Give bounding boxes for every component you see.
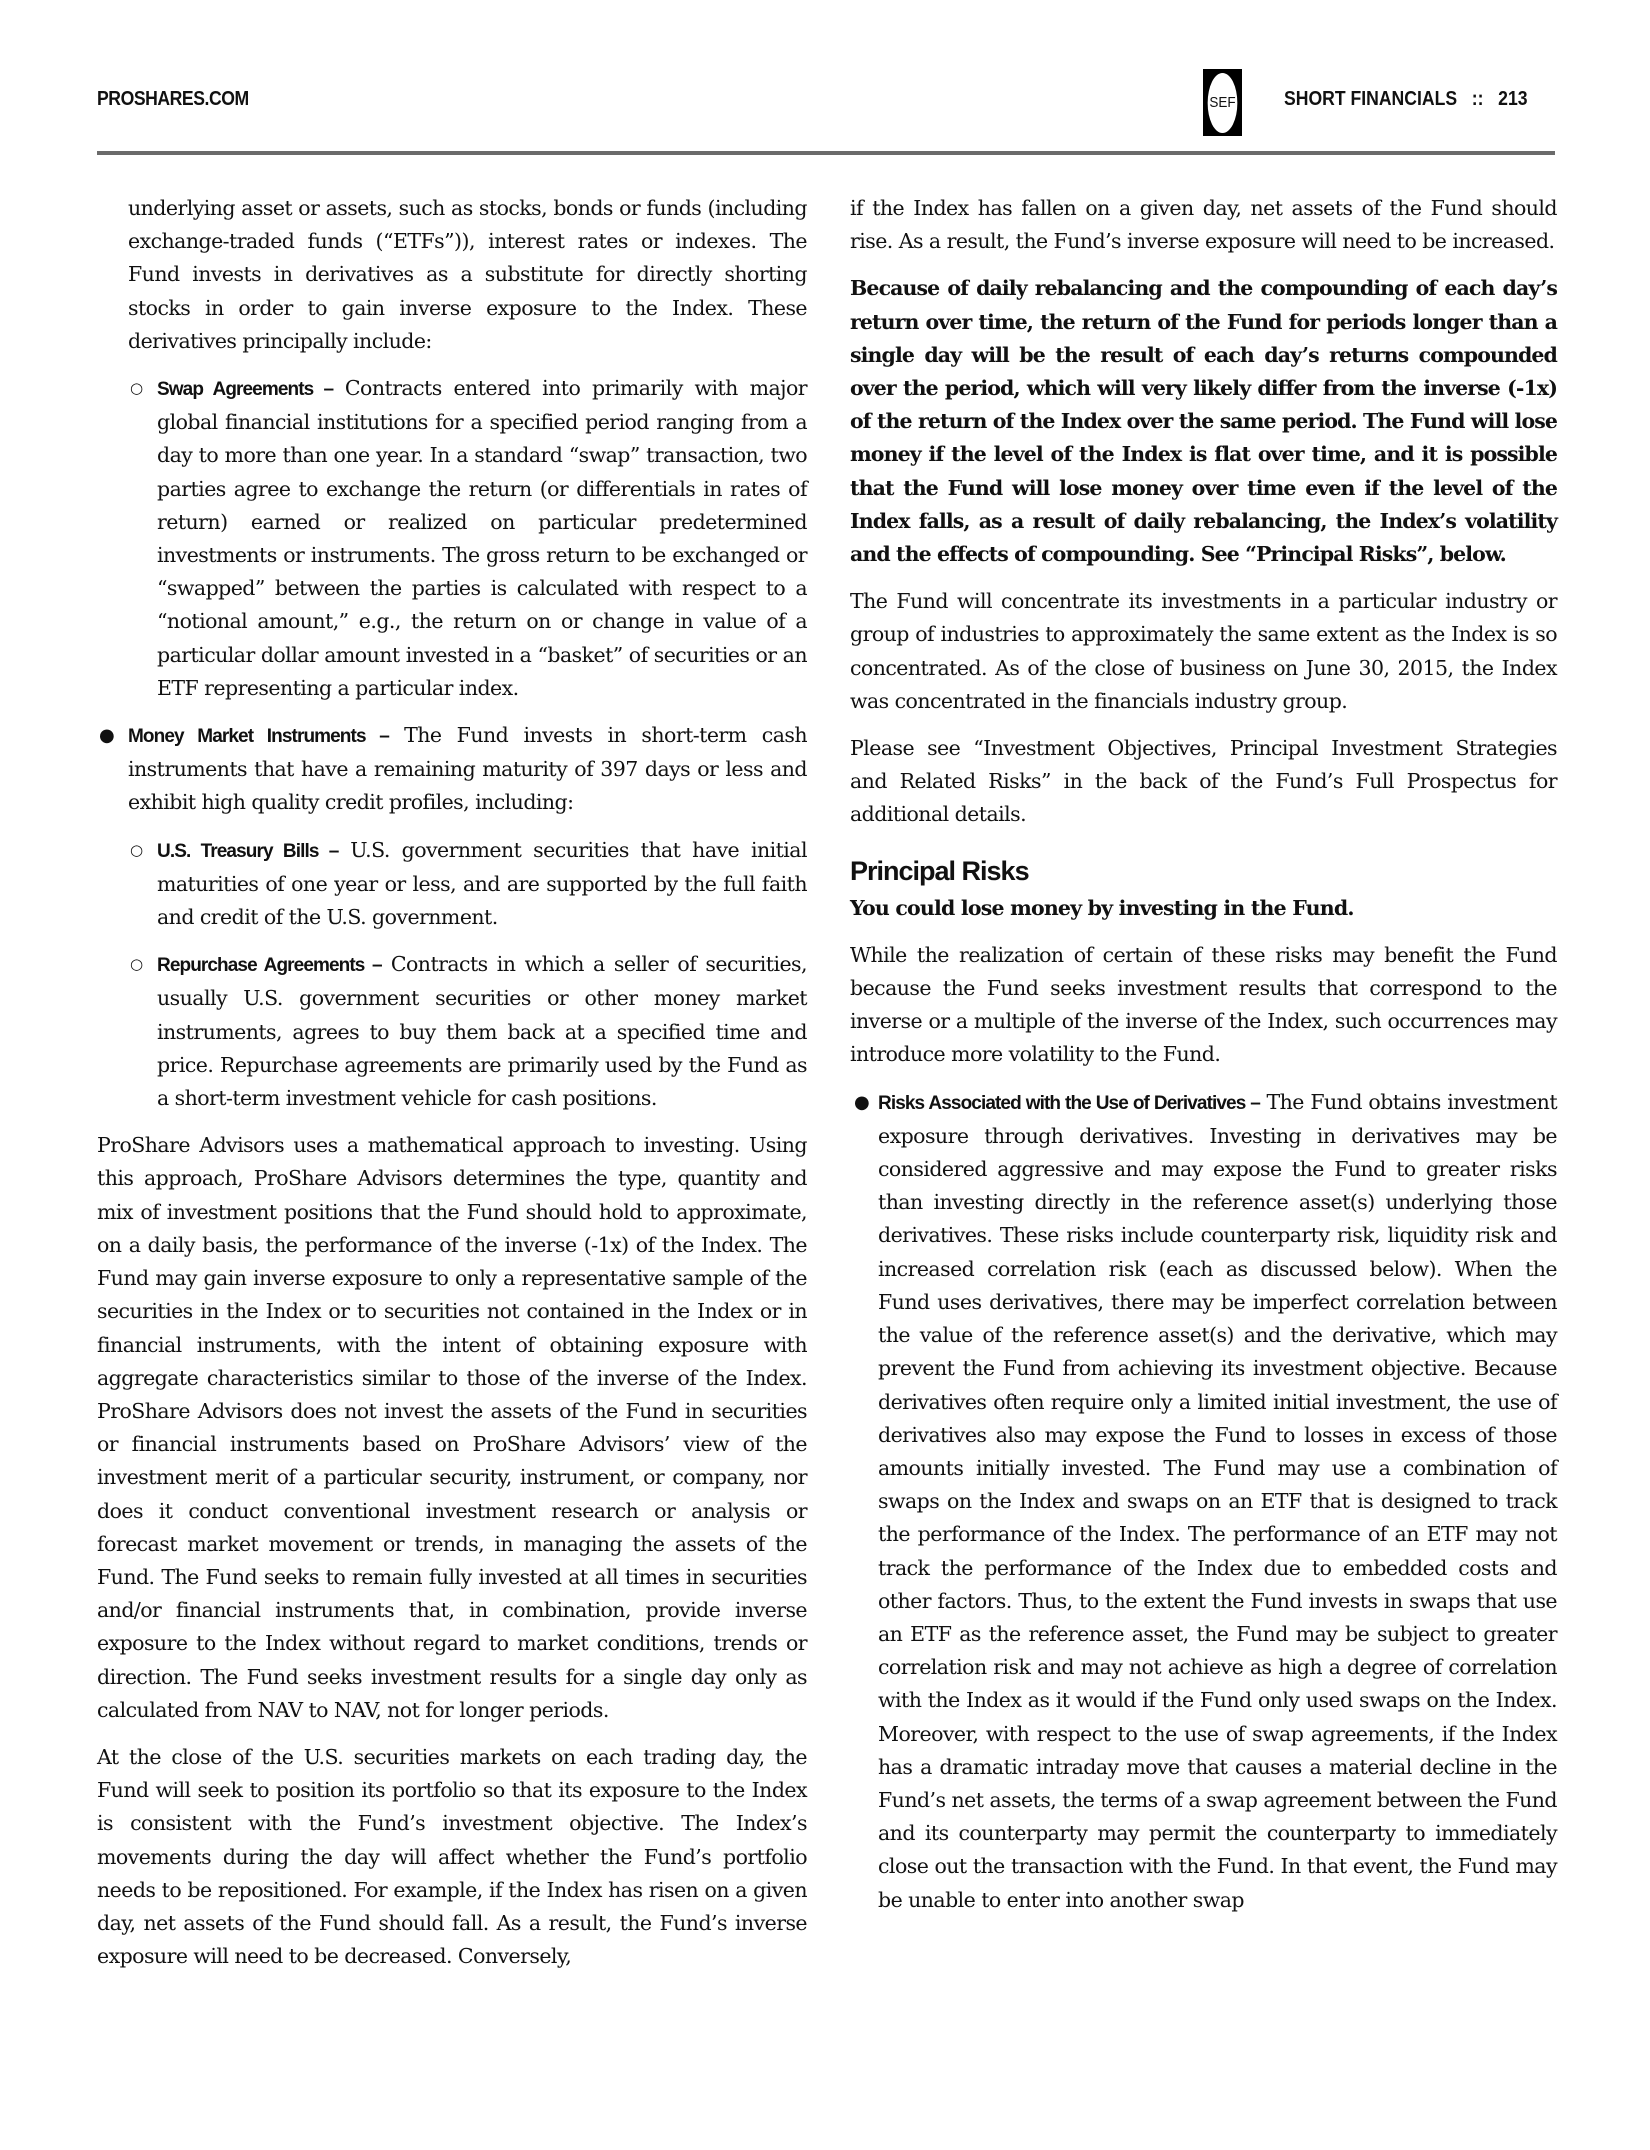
section-subheading: You could lose money by investing in the… (850, 892, 1557, 925)
fund-title: SHORT FINANCIALS (1284, 88, 1457, 110)
intro-continuation: underlying asset or assets, such as stoc… (97, 192, 807, 358)
term-description: The Fund obtains investment exposure thr… (878, 1090, 1557, 1912)
hollow-bullet-icon: ○ (130, 372, 143, 405)
term-label: Swap Agreements – (157, 379, 333, 400)
term-description: Contracts entered into primarily with ma… (157, 376, 807, 700)
title-separator: :: (1472, 88, 1484, 110)
page-number: 213 (1498, 88, 1527, 110)
list-item-derivatives-risk: ● Risks Associated with the Use of Deriv… (850, 1086, 1557, 1917)
site-name: PROSHARES.COM (97, 88, 249, 111)
ticker-badge: SEF (1203, 69, 1242, 136)
list-item-swap-agreements: ○ Swap Agreements – Contracts entered in… (97, 372, 807, 705)
approach-paragraph: ProShare Advisors uses a mathematical ap… (97, 1129, 807, 1727)
section-heading: Principal Risks (850, 854, 1557, 888)
right-column: if the Index has fallen on a given day, … (850, 192, 1557, 1917)
filled-bullet-icon: ● (854, 1086, 869, 1119)
term-label: U.S. Treasury Bills – (157, 841, 338, 862)
compounding-warning: Because of daily rebalancing and the com… (850, 272, 1557, 571)
term-label: Money Market Instruments – (128, 726, 389, 747)
list-item-treasury-bills: ○ U.S. Treasury Bills – U.S. government … (97, 834, 807, 935)
see-also-paragraph: Please see “Investment Objectives, Princ… (850, 732, 1557, 832)
continuation-paragraph: if the Index has fallen on a given day, … (850, 192, 1557, 258)
concentration-paragraph: The Fund will concentrate its investment… (850, 585, 1557, 718)
market-close-paragraph: At the close of the U.S. securities mark… (97, 1741, 807, 1973)
ticker-badge-label: SEF (1208, 73, 1238, 133)
list-item-money-market: ● Money Market Instruments – The Fund in… (97, 719, 807, 820)
hollow-bullet-icon: ○ (130, 948, 143, 981)
risks-intro-paragraph: While the realization of certain of thes… (850, 939, 1557, 1072)
list-item-repurchase-agreements: ○ Repurchase Agreements – Contracts in w… (97, 948, 807, 1115)
hollow-bullet-icon: ○ (130, 834, 143, 867)
page-header-title: SHORT FINANCIALS :: 213 (1284, 88, 1528, 111)
header-divider (97, 151, 1555, 155)
left-column: underlying asset or assets, such as stoc… (97, 192, 807, 1987)
filled-bullet-icon: ● (99, 719, 114, 752)
term-label: Risks Associated with the Use of Derivat… (878, 1093, 1260, 1114)
term-label: Repurchase Agreements – (157, 955, 382, 976)
